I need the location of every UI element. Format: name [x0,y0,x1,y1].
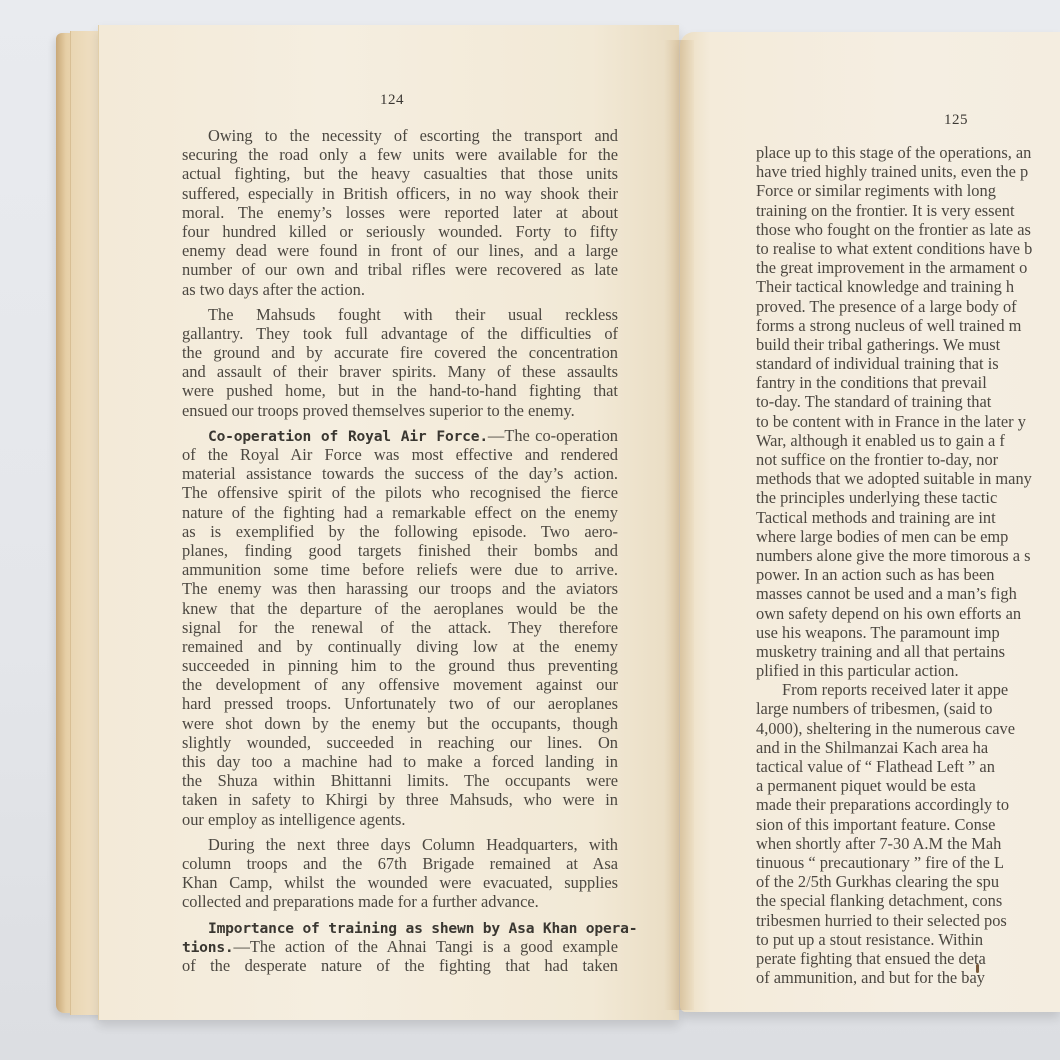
text-line: build their tribal gatherings. We must [756,335,1060,354]
text-line: 4,000), sheltering in the numerous cave [756,719,1060,738]
line-text: signal for the renewal of the attack. Th… [182,618,618,637]
text-line: The offensive spirit of the pilots who r… [182,483,618,502]
line-text: power. In an action such as has been [756,565,995,584]
text-line: made their preparations accordingly to [756,795,1060,814]
text-line: to be content with in France in the late… [756,412,1060,431]
text-line: standard of individual training that is [756,354,1060,373]
line-text: four hundred killed or seriously wounded… [182,222,618,241]
line-text: collected and preparations made for a fu… [182,892,539,911]
text-line: were pushed home, but in the hand-to-han… [182,381,618,400]
text-line: The enemy was then harassing our troops … [182,579,618,598]
line-text: large numbers of tribesmen, (said to [756,699,992,718]
text-line: methods that we adopted suitable in many [756,469,1060,488]
text-line: have tried highly trained units, even th… [756,162,1060,181]
line-text: 4,000), sheltering in the numerous cave [756,719,1015,738]
line-text: The Mahsuds fought with their usual reck… [208,305,618,324]
line-text: place up to this stage of the operations… [756,143,1031,162]
line-text: Force or similar regiments with long [756,181,996,200]
text-line: tactical value of “ Flathead Left ” an [756,757,1060,776]
line-text: to-day. The standard of training that [756,392,991,411]
text-line: of the 2/5th Gurkhas clearing the spu [756,872,1060,891]
line-text: From reports received later it appe [782,680,1008,699]
line-text: number of our own and tribal rifles were… [182,260,618,279]
text-line: Their tactical knowledge and training h [756,277,1060,296]
line-text: not suffice on the frontier to-day, nor [756,450,998,469]
line-text: the great improvement in the armament o [756,258,1027,277]
line-text: and assault of their braver spirits. Man… [182,362,618,381]
text-line: when shortly after 7-30 A.M the Mah [756,834,1060,853]
text-line: the development of any offensive movemen… [182,675,618,694]
line-text: actual fighting, but the heavy casualtie… [182,164,618,183]
text-line: the ground and by accurate fire covered … [182,343,618,362]
text-line: not suffice on the frontier to-day, nor [756,450,1060,469]
line-text: this day too a machine had to make a for… [182,752,618,771]
line-text: those who fought on the frontier as late… [756,220,1031,239]
text-line: number of our own and tribal rifles were… [182,260,618,279]
line-text: musketry training and all that pertains [756,642,1005,661]
text-line: signal for the renewal of the attack. Th… [182,618,618,637]
text-line: hard pressed troops. Unfortunately two o… [182,694,618,713]
line-text: use his weapons. The paramount imp [756,623,1000,642]
text-line: this day too a machine had to make a for… [182,752,618,771]
text-line: gallantry. They took full advantage of t… [182,324,618,343]
text-line: were shot down by the enemy but the occu… [182,714,618,733]
text-line: forms a strong nucleus of well trained m [756,316,1060,335]
line-text: gallantry. They took full advantage of t… [182,324,618,343]
section-heading: Co-operation of Royal Air Force. [208,428,488,445]
line-text: forms a strong nucleus of well trained m [756,316,1021,335]
line-text: plified in this particular action. [756,661,959,680]
line-text: During the next three days Column Headqu… [208,835,618,854]
text-line: Importance of training as shewn by Asa K… [182,918,618,937]
line-text: methods that we adopted suitable in many [756,469,1032,488]
line-text: The offensive spirit of the pilots who r… [182,483,618,502]
text-line: place up to this stage of the operations… [756,143,1060,162]
line-text: suffered, especially in British officers… [182,184,618,203]
line-text: standard of individual training that is [756,354,999,373]
line-text: have tried highly trained units, even th… [756,162,1028,181]
text-line: ensued our troops proved themselves supe… [182,401,618,420]
line-text: Their tactical knowledge and training h [756,277,1014,296]
text-line: nature of the fighting had a remarkable … [182,503,618,522]
text-line: suffered, especially in British officers… [182,184,618,203]
open-book: 124 125 Owing to the necessity of escort… [0,0,1060,1060]
line-text: Tactical methods and training are int [756,508,996,527]
text-line: power. In an action such as has been [756,565,1060,584]
line-text: the ground and by accurate fire covered … [182,343,618,362]
line-text: to be content with in France in the late… [756,412,1026,431]
line-text: the Shuza within Bhittanni limits. The o… [182,771,618,790]
text-line: During the next three days Column Headqu… [182,835,618,854]
line-text: —The action of the Ahnai Tangi is a good… [234,937,618,956]
text-line: of the desperate nature of the fighting … [182,956,618,975]
line-text: enemy dead were found in front of our li… [182,241,618,260]
text-line: the special flanking detachment, cons [756,891,1060,910]
text-line: securing the road only a few units were … [182,145,618,164]
text-line: musketry training and all that pertains [756,642,1060,661]
book-spine-gutter [664,40,694,1010]
line-text: securing the road only a few units were … [182,145,618,164]
text-line: as is exemplified by the following episo… [182,522,618,541]
text-line: and in the Shilmanzai Kach area ha [756,738,1060,757]
text-line: enemy dead were found in front of our li… [182,241,618,260]
line-text: Owing to the necessity of escorting the … [208,126,618,145]
text-line: Co-operation of Royal Air Force.—The co-… [182,426,618,445]
text-line: column troops and the 67th Brigade remai… [182,854,618,873]
text-line: knew that the departure of the aeroplane… [182,599,618,618]
text-line: planes, finding good targets finished th… [182,541,618,560]
text-line: our employ as intelligence agents. [182,810,618,829]
text-line: those who fought on the frontier as late… [756,220,1060,239]
text-line: sion of this important feature. Conse [756,815,1060,834]
line-text: masses cannot be used and a man’s figh [756,584,1017,603]
text-line: numbers alone give the more timorous a s [756,546,1060,565]
line-text: build their tribal gatherings. We must [756,335,1000,354]
line-text: own safety depend on his own efforts an [756,604,1021,623]
text-line: and assault of their braver spirits. Man… [182,362,618,381]
line-text: and in the Shilmanzai Kach area ha [756,738,988,757]
line-text: planes, finding good targets finished th… [182,541,618,560]
line-text: succeeded in pinning him to the ground t… [182,656,618,675]
text-line: to put up a stout resistance. Within [756,930,1060,949]
line-text: our employ as intelligence agents. [182,810,405,829]
line-text: tribesmen hurried to their selected pos [756,911,1007,930]
text-line: Tactical methods and training are int [756,508,1060,527]
text-line: Owing to the necessity of escorting the … [182,126,618,145]
left-page-body-text: Owing to the necessity of escorting the … [182,126,618,975]
text-line: masses cannot be used and a man’s figh [756,584,1060,603]
line-text: ammunition some time before reliefs were… [182,560,618,579]
text-line: fantry in the conditions that prevail [756,373,1060,392]
line-text: slightly wounded, succeeded in reaching … [182,733,618,752]
text-line: taken in safety to Khirgi by three Mahsu… [182,790,618,809]
line-text: nature of the fighting had a remarkable … [182,503,618,522]
text-line: as two days after the action. [182,280,618,299]
line-text: tinuous “ precautionary ” fire of the L [756,853,1004,872]
text-line: tribesmen hurried to their selected pos [756,911,1060,930]
text-line: plified in this particular action. [756,661,1060,680]
text-line: collected and preparations made for a fu… [182,892,618,911]
section-heading: tions. [182,939,234,956]
line-text: proved. The presence of a large body of [756,297,1017,316]
line-text: column troops and the 67th Brigade remai… [182,854,618,873]
text-line: moral. The enemy’s losses were reported … [182,203,618,222]
line-text: Khan Camp, whilst the wounded were evacu… [182,873,618,892]
line-text: were pushed home, but in the hand-to-han… [182,381,618,400]
line-text: War, although it enabled us to gain a f [756,431,1005,450]
text-line: tions.—The action of the Ahnai Tangi is … [182,937,618,956]
line-text: a permanent piquet would be esta [756,776,976,795]
left-page-number: 124 [380,92,404,109]
text-line: a permanent piquet would be esta [756,776,1060,795]
line-text: were shot down by the enemy but the occu… [182,714,618,733]
text-line: training on the frontier. It is very ess… [756,201,1060,220]
line-text: to put up a stout resistance. Within [756,930,983,949]
line-text: training on the frontier. It is very ess… [756,201,1015,220]
text-line: From reports received later it appe [756,680,1060,699]
line-text: of the desperate nature of the fighting … [182,956,618,975]
line-text: taken in safety to Khirgi by three Mahsu… [182,790,618,809]
line-text: the development of any offensive movemen… [182,675,618,694]
text-line: succeeded in pinning him to the ground t… [182,656,618,675]
text-line: the principles underlying these tactic [756,488,1060,507]
line-text: sion of this important feature. Conse [756,815,995,834]
line-text: tactical value of “ Flathead Left ” an [756,757,995,776]
text-line: The Mahsuds fought with their usual reck… [182,305,618,324]
text-line: remained and by continually diving low a… [182,637,618,656]
text-line: own safety depend on his own efforts an [756,604,1060,623]
line-text: where large bodies of men can be emp [756,527,1008,546]
text-line: of the Royal Air Force was most effectiv… [182,445,618,464]
paper-stain-mark [976,964,979,973]
text-line: material assistance towards the success … [182,464,618,483]
line-text: perate fighting that ensued the deta [756,949,986,968]
line-text: The enemy was then harassing our troops … [182,579,618,598]
text-line: large numbers of tribesmen, (said to [756,699,1060,718]
line-text: knew that the departure of the aeroplane… [182,599,618,618]
line-text: to realise to what extent conditions hav… [756,239,1032,258]
section-heading: Importance of training as shewn by Asa K… [208,920,637,937]
text-line: where large bodies of men can be emp [756,527,1060,546]
right-page-number: 125 [944,112,968,129]
line-text: —The co-operation [488,426,618,445]
line-text: of the Royal Air Force was most effectiv… [182,445,618,464]
text-line: the Shuza within Bhittanni limits. The o… [182,771,618,790]
line-text: numbers alone give the more timorous a s [756,546,1030,565]
line-text: remained and by continually diving low a… [182,637,618,656]
text-line: slightly wounded, succeeded in reaching … [182,733,618,752]
text-line: Force or similar regiments with long [756,181,1060,200]
line-text: moral. The enemy’s losses were reported … [182,203,618,222]
line-text: when shortly after 7-30 A.M the Mah [756,834,1001,853]
text-line: use his weapons. The paramount imp [756,623,1060,642]
text-line: tinuous “ precautionary ” fire of the L [756,853,1060,872]
right-page-body-text: place up to this stage of the operations… [756,143,1060,987]
text-line: to-day. The standard of training that [756,392,1060,411]
text-line: to realise to what extent conditions hav… [756,239,1060,258]
text-line: perate fighting that ensued the deta [756,949,1060,968]
line-text: as two days after the action. [182,280,365,299]
text-line: War, although it enabled us to gain a f [756,431,1060,450]
line-text: made their preparations accordingly to [756,795,1009,814]
text-line: ammunition some time before reliefs were… [182,560,618,579]
line-text: ensued our troops proved themselves supe… [182,401,575,420]
text-line: Khan Camp, whilst the wounded were evacu… [182,873,618,892]
line-text: material assistance towards the success … [182,464,618,483]
text-line: the great improvement in the armament o [756,258,1060,277]
text-line: of ammunition, and but for the bay [756,968,1060,987]
line-text: of ammunition, and but for the bay [756,968,985,987]
line-text: the principles underlying these tactic [756,488,997,507]
line-text: fantry in the conditions that prevail [756,373,987,392]
line-text: the special flanking detachment, cons [756,891,1002,910]
text-line: actual fighting, but the heavy casualtie… [182,164,618,183]
line-text: of the 2/5th Gurkhas clearing the spu [756,872,999,891]
line-text: as is exemplified by the following episo… [182,522,618,541]
text-line: proved. The presence of a large body of [756,297,1060,316]
line-text: hard pressed troops. Unfortunately two o… [182,694,618,713]
text-line: four hundred killed or seriously wounded… [182,222,618,241]
